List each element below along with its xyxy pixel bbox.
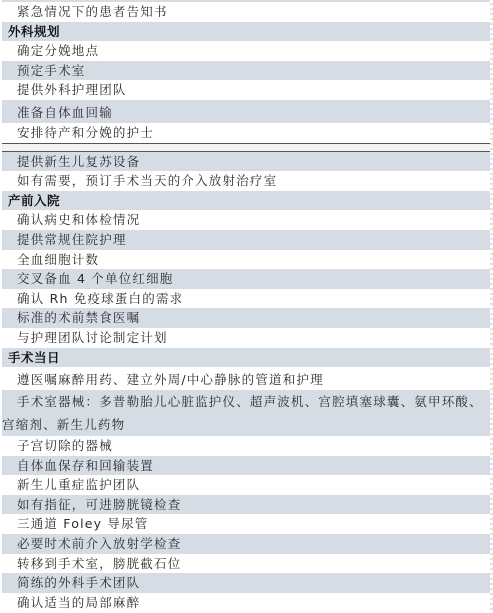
page-break-divider [2,143,490,152]
table-row: 交叉备血 4 个单位红细胞 [2,269,490,289]
table-row: 必要时术前介入放射学检查 [2,534,490,554]
table-row: 确定分娩地点 [2,41,490,61]
table-row: 三通道 Foley 导尿管 [2,514,490,534]
row-text-line-1: 手术室器械：多普勒胎儿心脏监护仪、超声波机、宫腔填塞球囊、氨甲环酸、 [17,394,483,409]
table-row: 确认适当的局部麻醉 [2,593,490,613]
table-row: 自体血保存和回输装置 [2,456,490,476]
section-header-day-of-surgery: 手术当日 [2,348,490,368]
table-row: 简练的外科手术团队 [2,573,490,593]
table-row: 新生儿重症监护团队 [2,475,490,495]
table-row: 全血细胞计数 [2,250,490,270]
table-row: 确认 Rh 免疫球蛋白的需求 [2,289,490,309]
table-row-multiline: 手术室器械：多普勒胎儿心脏监护仪、超声波机、宫腔填塞球囊、氨甲环酸、 宫缩剂、新… [2,390,490,436]
care-checklist-table: 紧急情况下的患者告知书 外科规划 确定分娩地点 预定手术室 提供外科护理团队 准… [2,0,490,612]
table-row: 紧急情况下的患者告知书 [2,2,490,22]
table-row: 如有指征，可进膀胱镜检查 [2,495,490,515]
table-row: 与护理团队讨论制定计划 [2,328,490,348]
table-row: 标准的术前禁食医嘱 [2,308,490,328]
table-row: 提供新生儿复苏设备 [2,152,490,172]
table-row: 提供外科护理团队 [2,80,490,100]
row-text-line-2: 宫缩剂、新生儿药物 [2,413,490,436]
table-row: 如有需要，预订手术当天的介入放射治疗室 [2,171,490,191]
section-header-surgical-planning: 外科规划 [2,22,490,42]
table-row: 确认病史和体检情况 [2,210,490,230]
table-row: 转移到手术室，膀胱截石位 [2,554,490,574]
section-header-antenatal-admission: 产前入院 [2,191,490,211]
table-row: 遵医嘱麻醉用药、建立外周/中心静脉的管道和护理 [2,367,490,390]
table-row: 准备自体血回输 [2,100,490,123]
table-row: 预定手术室 [2,61,490,81]
table-row: 子宫切除的器械 [2,436,490,456]
table-row: 安排待产和分娩的护士 [2,123,490,143]
table-row: 提供常规住院护理 [2,230,490,250]
